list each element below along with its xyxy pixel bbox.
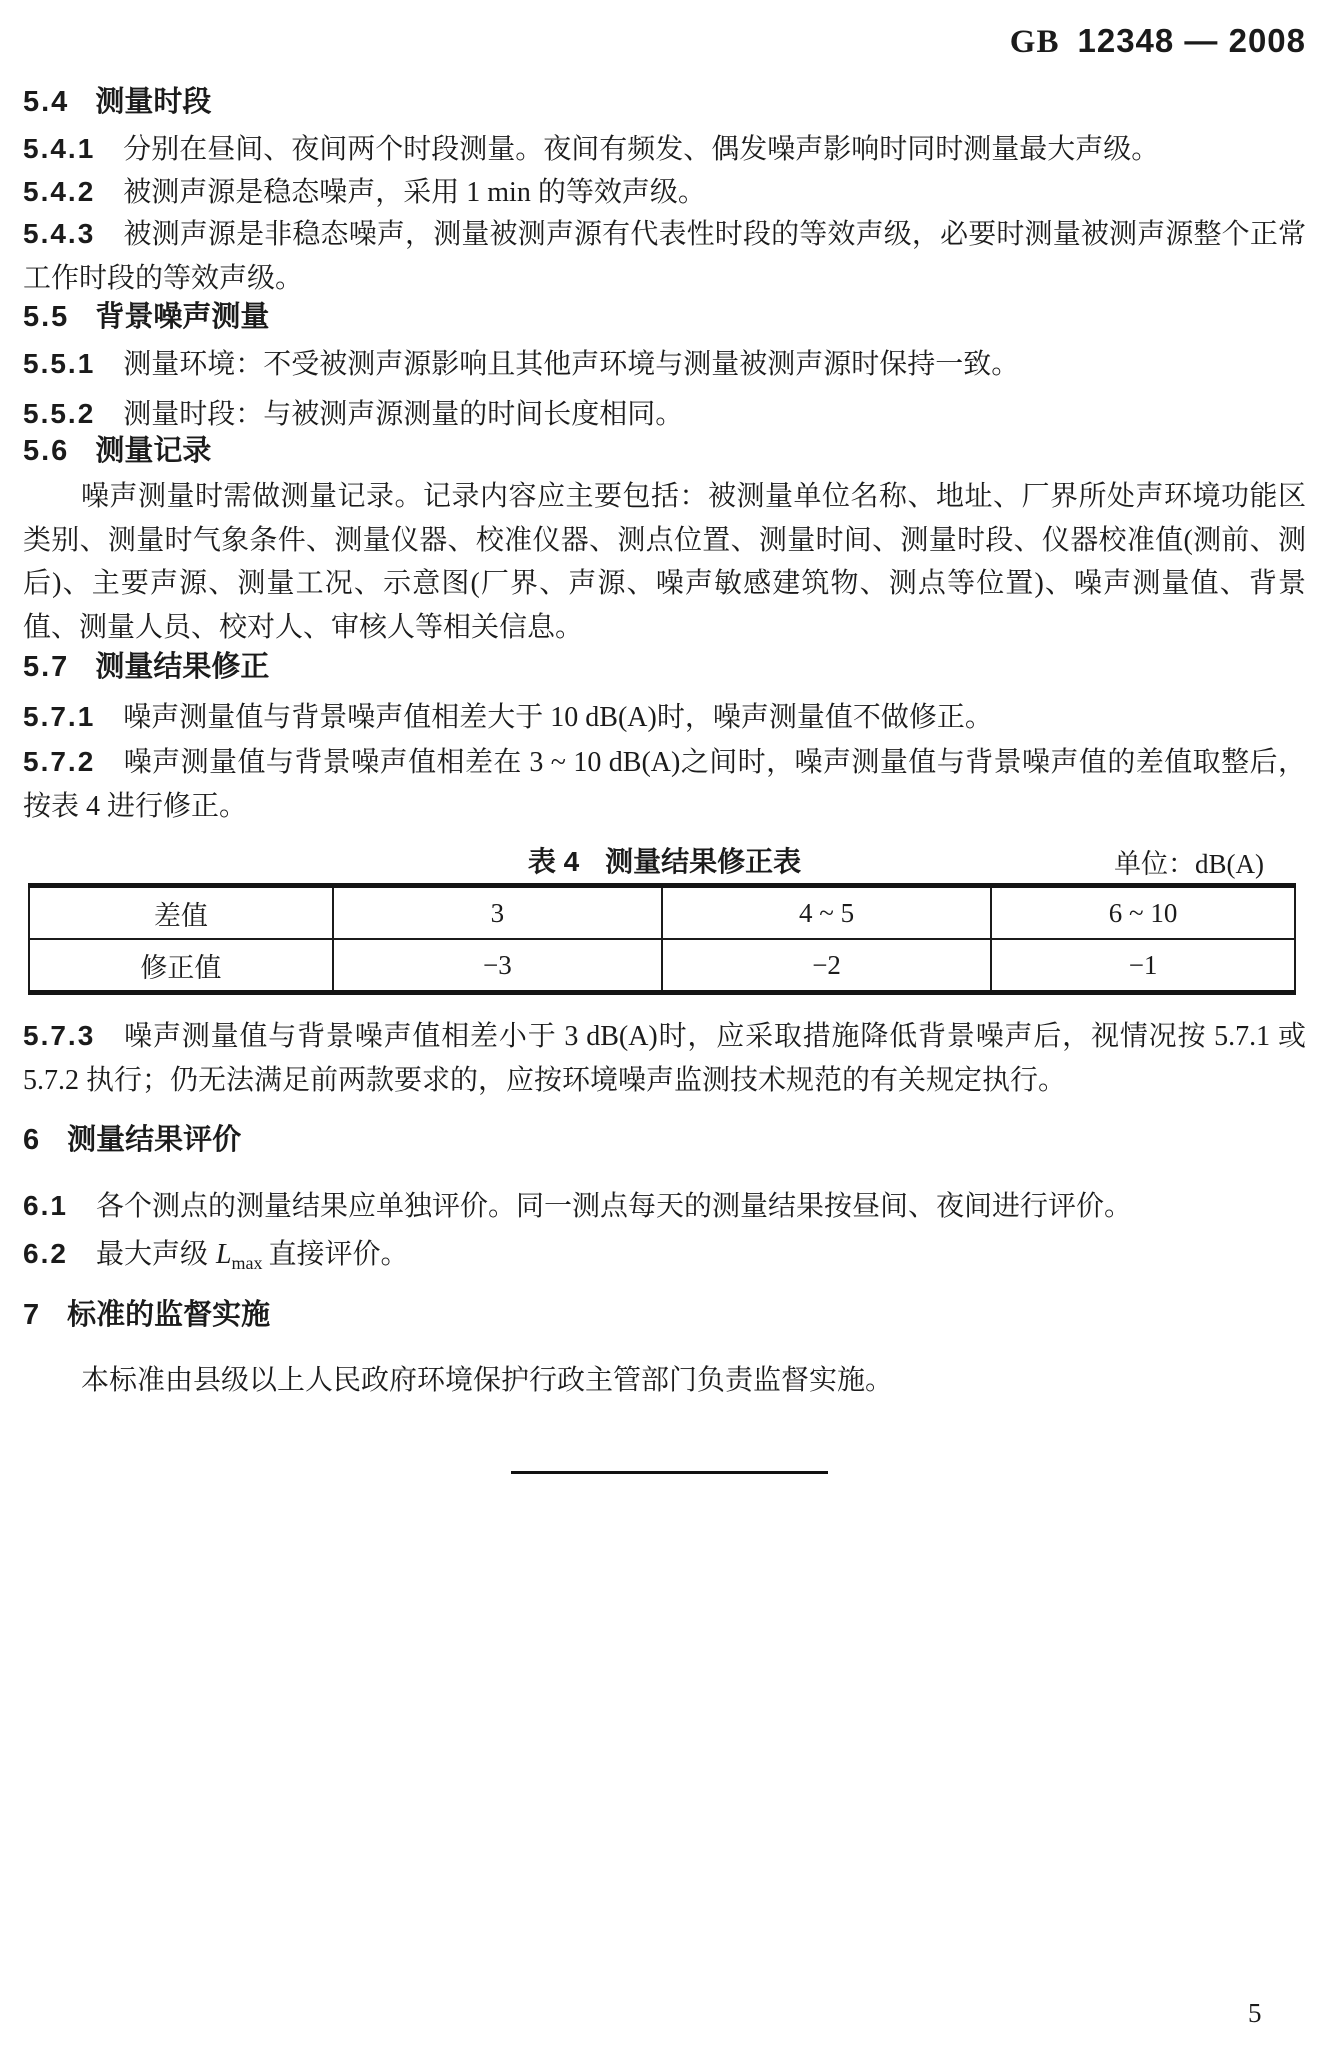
clause-6-1: 6.1各个测点的测量结果应单独评价。同一测点每天的测量结果按昼间、夜间进行评价。 bbox=[23, 1184, 1306, 1229]
table-cell-difference-1: 3 bbox=[333, 886, 662, 940]
clause-number: 5.7.1 bbox=[23, 701, 95, 732]
clause-text: 被测声源是稳态噪声，采用 1 min 的等效声级。 bbox=[123, 177, 706, 208]
clause-text: 噪声测量值与背景噪声值相差在 3 ~ 10 dB(A)之间时，噪声测量值与背景噪… bbox=[23, 747, 1306, 822]
end-of-text-rule bbox=[511, 1471, 828, 1474]
section-heading-5-4: 5.4测量时段 bbox=[23, 84, 1306, 120]
table-cell-difference-2: 4 ~ 5 bbox=[662, 886, 991, 940]
table-cell-difference-label: 差值 bbox=[29, 886, 333, 940]
clause-5-4-2: 5.4.2被测声源是稳态噪声，采用 1 min 的等效声级。 bbox=[23, 170, 1306, 215]
section-number: 5.7 bbox=[23, 651, 69, 683]
section-number: 5.6 bbox=[23, 435, 69, 467]
section-heading-5-5: 5.5背景噪声测量 bbox=[23, 299, 1306, 335]
section-title: 背景噪声测量 bbox=[95, 301, 269, 333]
clause-text: 噪声测量值与背景噪声值相差大于 10 dB(A)时，噪声测量值不做修正。 bbox=[123, 702, 993, 733]
table-cell-correction-2: −2 bbox=[662, 939, 991, 993]
clause-number: 5.4.1 bbox=[23, 133, 95, 164]
chapter-heading-6: 6测量结果评价 bbox=[23, 1122, 1306, 1158]
section-number: 5.5 bbox=[23, 301, 69, 333]
table-row-difference: 差值 3 4 ~ 5 6 ~ 10 bbox=[29, 886, 1295, 940]
clause-text-suffix: 直接评价。 bbox=[269, 1239, 409, 1270]
table-caption: 表 4测量结果修正表 单位：dB(A) bbox=[23, 840, 1306, 880]
clause-number: 5.4.2 bbox=[23, 176, 95, 207]
clause-5-4-1: 5.4.1分别在昼间、夜间两个时段测量。夜间有频发、偶发噪声影响时同时测量最大声… bbox=[23, 127, 1306, 172]
paragraph-text: 本标准由县级以上人民政府环境保护行政主管部门负责监督实施。 bbox=[81, 1365, 893, 1396]
section-title: 测量记录 bbox=[95, 435, 211, 467]
clause-text: 被测声源是非稳态噪声，测量被测声源有代表性时段的等效声级，必要时测量被测声源整个… bbox=[23, 219, 1306, 294]
clause-number: 5.7.3 bbox=[23, 1020, 95, 1051]
clause-text-prefix: 最大声级 bbox=[96, 1239, 208, 1270]
running-header: GB12348 — 2008 bbox=[23, 22, 1306, 61]
clause-5-5-1: 5.5.1测量环境：不受被测声源影响且其他声环境与测量被测声源时保持一致。 bbox=[23, 342, 1306, 387]
table-cell-correction-1: −3 bbox=[333, 939, 662, 993]
chapter-heading-7: 7标准的监督实施 bbox=[23, 1297, 1306, 1333]
clause-5-4-3: 5.4.3被测声源是非稳态噪声，测量被测声源有代表性时段的等效声级，必要时测量被… bbox=[23, 212, 1306, 300]
table-cell-difference-3: 6 ~ 10 bbox=[991, 886, 1295, 940]
chapter-number: 6 bbox=[23, 1124, 41, 1156]
paragraph-7: 本标准由县级以上人民政府环境保护行政主管部门负责监督实施。 bbox=[23, 1359, 1306, 1403]
standard-code: GB bbox=[1010, 24, 1060, 60]
table-unit-label: 单位：dB(A) bbox=[1114, 842, 1264, 881]
table-cell-correction-label: 修正值 bbox=[29, 939, 333, 993]
correction-table: 差值 3 4 ~ 5 6 ~ 10 修正值 −3 −2 −1 bbox=[28, 883, 1296, 995]
clause-number: 5.7.2 bbox=[23, 746, 95, 777]
clause-text: 噪声测量值与背景噪声值相差小于 3 dB(A)时，应采取措施降低背景噪声后，视情… bbox=[23, 1021, 1306, 1096]
standard-number: 12348 — 2008 bbox=[1077, 22, 1306, 59]
table-row-correction: 修正值 −3 −2 −1 bbox=[29, 939, 1295, 993]
page-number: 5 bbox=[1248, 1998, 1262, 2029]
table-cell-correction-3: −1 bbox=[991, 939, 1295, 993]
clause-number: 5.5.2 bbox=[23, 398, 95, 429]
level-symbol-subscript: max bbox=[232, 1253, 263, 1273]
clause-5-5-2: 5.5.2测量时段：与被测声源测量的时间长度相同。 bbox=[23, 392, 1306, 437]
clause-number: 6.1 bbox=[23, 1190, 68, 1221]
section-title: 测量结果修正 bbox=[95, 651, 269, 683]
clause-5-7-3: 5.7.3噪声测量值与背景噪声值相差小于 3 dB(A)时，应采取措施降低背景噪… bbox=[23, 1014, 1306, 1102]
clause-text: 测量时段：与被测声源测量的时间长度相同。 bbox=[123, 399, 683, 430]
section-heading-5-6: 5.6测量记录 bbox=[23, 433, 1306, 469]
section-number: 5.4 bbox=[23, 86, 69, 118]
table-caption-title: 测量结果修正表 bbox=[605, 846, 801, 877]
clause-text: 分别在昼间、夜间两个时段测量。夜间有频发、偶发噪声影响时同时测量最大声级。 bbox=[123, 134, 1159, 165]
chapter-number: 7 bbox=[23, 1299, 41, 1331]
paragraph-text: 噪声测量时需做测量记录。记录内容应主要包括：被测量单位名称、地址、厂界所处声环境… bbox=[23, 481, 1306, 643]
section-heading-5-7: 5.7测量结果修正 bbox=[23, 649, 1306, 685]
clause-5-7-2: 5.7.2噪声测量值与背景噪声值相差在 3 ~ 10 dB(A)之间时，噪声测量… bbox=[23, 740, 1306, 828]
clause-text: 各个测点的测量结果应单独评价。同一测点每天的测量结果按昼间、夜间进行评价。 bbox=[96, 1191, 1132, 1222]
section-title: 测量时段 bbox=[95, 86, 211, 118]
level-symbol: L bbox=[216, 1239, 232, 1270]
clause-number: 6.2 bbox=[23, 1238, 68, 1269]
clause-number: 5.4.3 bbox=[23, 218, 95, 249]
document-page: GB12348 — 2008 5.4测量时段 5.4.1分别在昼间、夜间两个时段… bbox=[0, 0, 1330, 2056]
clause-text: 测量环境：不受被测声源影响且其他声环境与测量被测声源时保持一致。 bbox=[123, 349, 1019, 380]
clause-5-7-1: 5.7.1噪声测量值与背景噪声值相差大于 10 dB(A)时，噪声测量值不做修正… bbox=[23, 695, 1306, 740]
chapter-title: 测量结果评价 bbox=[67, 1124, 241, 1156]
chapter-title: 标准的监督实施 bbox=[67, 1299, 270, 1331]
clause-6-2: 6.2最大声级Lmax直接评价。 bbox=[23, 1232, 1306, 1277]
clause-number: 5.5.1 bbox=[23, 348, 95, 379]
paragraph-5-6: 噪声测量时需做测量记录。记录内容应主要包括：被测量单位名称、地址、厂界所处声环境… bbox=[23, 475, 1306, 649]
table-caption-label: 表 4 bbox=[528, 846, 579, 877]
